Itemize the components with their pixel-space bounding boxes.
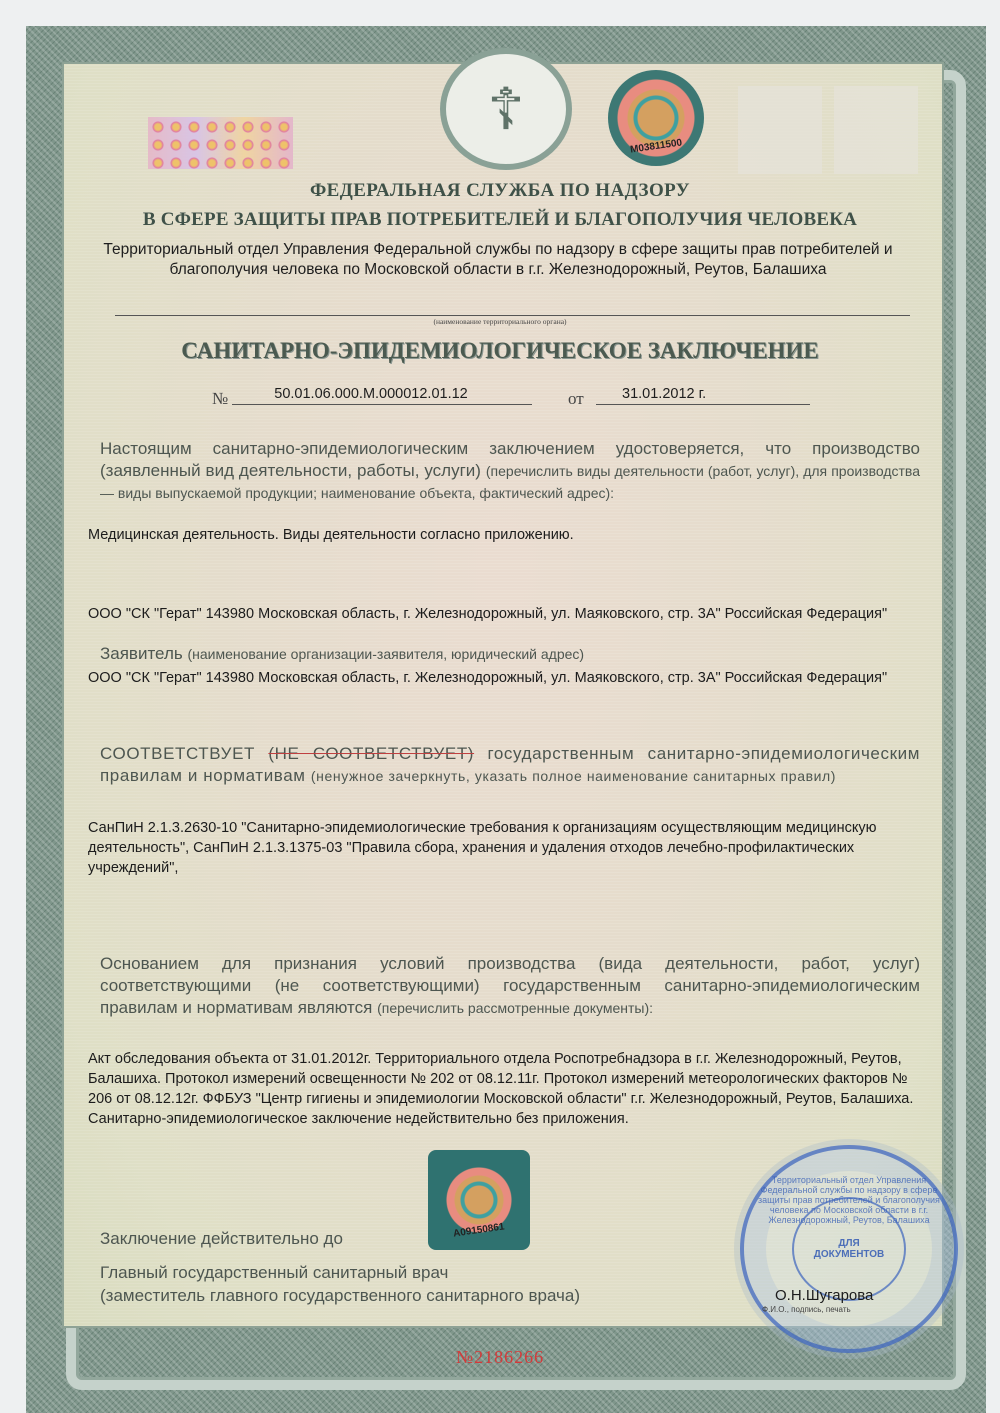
- signer-caption: Ф.И.О., подпись, печать: [762, 1305, 851, 1314]
- blank-box: [738, 86, 822, 174]
- complies-label: СООТВЕТСТВУЕТ: [100, 744, 255, 763]
- basis-documents-value: Акт обследования объекта от 31.01.2012г.…: [88, 1049, 933, 1129]
- signer-title: Главный государственный санитарный врач: [100, 1262, 448, 1284]
- hologram-sticker-code: А09150861: [453, 1221, 506, 1239]
- date-underline: [596, 404, 810, 405]
- form-serial-number: №2186266: [0, 1347, 1000, 1368]
- territorial-body: Территориальный отдел Управления Федерал…: [98, 240, 898, 280]
- document-date: 31.01.2012 г.: [622, 386, 706, 402]
- object-address: ООО "СК "Герат" 143980 Московская област…: [88, 604, 888, 624]
- stamp-center-line1: ДЛЯ: [838, 1238, 859, 1249]
- applicant-note: (наименование организации-заявителя, юри…: [187, 646, 584, 662]
- hologram-code: M03811500: [629, 137, 682, 155]
- blank-box: [834, 86, 918, 174]
- document-number: 50.01.06.000.М.000012.01.12: [246, 386, 496, 402]
- document-title: САНИТАРНО-ЭПИДЕМИОЛОГИЧЕСКОЕ ЗАКЛЮЧЕНИЕ: [0, 338, 1000, 364]
- hologram-sticker-icon: А09150861: [428, 1150, 530, 1250]
- basis-note: (перечислить рассмотренные документы):: [377, 1000, 653, 1016]
- hologram-seal-icon: M03811500: [608, 70, 704, 166]
- agency-name-line1: ФЕДЕРАЛЬНАЯ СЛУЖБА ПО НАДЗОРУ: [0, 180, 1000, 202]
- applicant-label: Заявитель: [100, 644, 183, 663]
- eagle-emblem-icon: ☦: [440, 48, 572, 170]
- valid-until-label: Заключение действительно до: [100, 1228, 343, 1250]
- number-underline: [232, 404, 532, 405]
- applicant-value: ООО "СК "Герат" 143980 Московская област…: [88, 668, 888, 688]
- applicant-label-line: Заявитель (наименование организации-заяв…: [100, 643, 920, 665]
- signer-subtitle: (заместитель главного государственного с…: [100, 1285, 580, 1307]
- number-label: №: [212, 389, 228, 409]
- hologram-strip-icon: [148, 117, 293, 169]
- basis-statement: Основанием для признания условий произво…: [100, 953, 920, 1019]
- activity-value: Медицинская деятельность. Виды деятельно…: [88, 525, 918, 545]
- territorial-body-caption: (наименование территориального органа): [0, 317, 1000, 326]
- activity-intro: Настоящим санитарно-эпидемиологическим з…: [100, 438, 920, 504]
- compliance-note: (ненужное зачеркнуть, указать полное наи…: [311, 768, 836, 784]
- divider: [115, 315, 910, 316]
- signer-name: О.Н.Шугарова: [775, 1286, 873, 1306]
- sanitary-rules-value: СанПиН 2.1.3.2630-10 "Санитарно-эпидемио…: [88, 818, 918, 878]
- compliance-statement: СООТВЕТСТВУЕТ (НЕ СООТВЕТСТВУЕТ) государ…: [100, 743, 920, 787]
- date-label: от: [568, 389, 584, 409]
- stamp-center-line2: ДОКУМЕНТОВ: [814, 1249, 885, 1260]
- agency-name-line2: В СФЕРЕ ЗАЩИТЫ ПРАВ ПОТРЕБИТЕЛЕЙ И БЛАГО…: [0, 209, 1000, 231]
- official-stamp-icon: Территориальный отдел Управления Федерал…: [740, 1145, 958, 1353]
- not-complies-struck: (НЕ СООТВЕТСТВУЕТ): [268, 744, 474, 763]
